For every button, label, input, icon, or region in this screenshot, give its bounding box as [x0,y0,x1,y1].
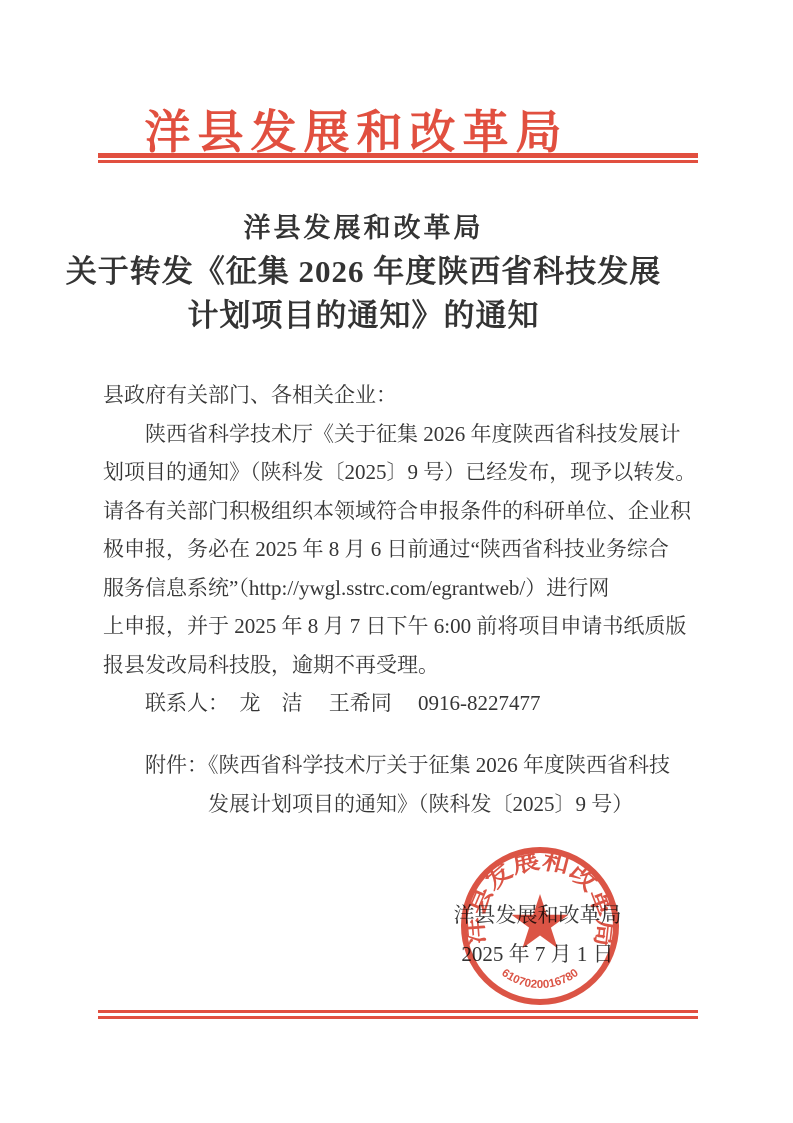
document-title-line-3: 计划项目的通知》的通知 [0,294,727,338]
attachment-line-2: 发展计划项目的通知》（陕科发〔2025〕9 号） [103,785,703,824]
signature-block: 洋县发展和改革局 2025 年 7 月 1 日 [420,896,655,974]
body-line: 请各有关部门积极组织本领域符合申报条件的科研单位、企业积 [103,492,703,531]
footer-separator-rule [98,1010,698,1019]
body-line: 报县发改局科技股，逾期不再受理。 [103,646,703,685]
body-line-salutation: 县政府有关部门、各相关企业： [103,376,703,415]
body-line: 陕西省科学技术厅《关于征集 2026 年度陕西省科技发展计 [103,415,703,454]
body-line: 划项目的通知》（陕科发〔2025〕9 号）已经发布，现予以转发。 [103,453,703,492]
document-page: 洋县发展和改革局 洋县发展和改革局 关于转发《征集 2026 年度陕西省科技发展… [0,0,793,1123]
signature-date: 2025 年 7 月 1 日 [420,935,655,974]
document-title: 洋县发展和改革局 关于转发《征集 2026 年度陕西省科技发展 计划项目的通知》… [0,206,727,338]
body-line: 极申报，务必在 2025 年 8 月 6 日前通过“陕西省科技业务综合 [103,530,703,569]
attachment-reference: 附件：《陕西省科学技术厅关于征集 2026 年度陕西省科技 发展计划项目的通知》… [103,746,703,823]
body-text: 县政府有关部门、各相关企业： 陕西省科学技术厅《关于征集 2026 年度陕西省科… [103,376,703,723]
signature-org: 洋县发展和改革局 [420,896,655,935]
letterhead-separator-rule [98,153,698,163]
body-line: 上申报，并于 2025 年 8 月 7 日下午 6:00 前将项目申请书纸质版 [103,607,703,646]
attachment-line-1: 附件：《陕西省科学技术厅关于征集 2026 年度陕西省科技 [103,746,703,785]
document-title-line-1: 洋县发展和改革局 [0,206,727,250]
document-title-line-2: 关于转发《征集 2026 年度陕西省科技发展 [0,250,727,294]
body-line-url: 服务信息系统”（http://ywgl.sstrc.com/egrantweb/… [103,569,703,608]
body-line-contacts: 联系人： 龙 洁 王希同 0916-8227477 [103,684,703,723]
